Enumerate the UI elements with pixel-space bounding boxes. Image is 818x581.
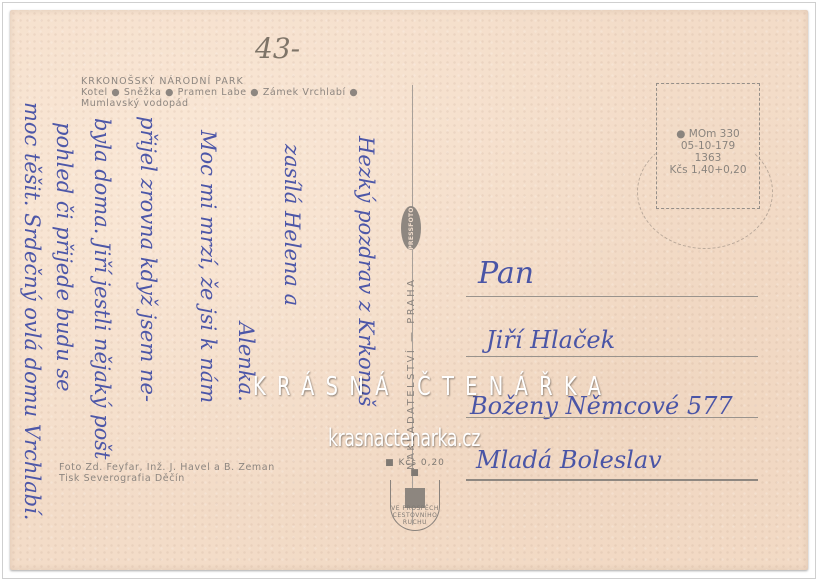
caption-places-continued: Mumlavský vodopád xyxy=(81,98,189,109)
watermark-url: krasnactenarka.cz xyxy=(328,424,480,452)
address-city: Mladá Boleslav xyxy=(476,446,662,474)
print-credits: Tisk Severografia Děčín xyxy=(59,473,185,484)
address-name: Jiří Hlaček xyxy=(486,326,615,354)
address-rule xyxy=(466,296,758,297)
message-line: moc těšit. Srdečný ovlá domu Vrchlabí. xyxy=(20,102,44,520)
message-line: zasílá Helena a xyxy=(280,144,304,306)
message-line: pohled či přijede budu se xyxy=(52,122,76,392)
caption-places: Kotel ● Sněžka ● Pramen Labe ● Zámek Vrc… xyxy=(81,87,358,98)
watermark-title: KRÁSNÁ ČTENÁŘKA xyxy=(253,372,612,402)
address-rule xyxy=(466,417,758,418)
postage-line: Kčs 1,40+0,20 xyxy=(657,164,759,176)
message-line: přijel zrovna když jsem ne- xyxy=(136,116,160,402)
shield-icon: VE PROSPĚCH CESTOVNÍHO RUCHU xyxy=(390,480,440,531)
message-line: byla doma. Jiří jestli nějaký pošt xyxy=(90,118,114,459)
address-rule xyxy=(466,356,758,357)
caption-title: KRKONOŠSKÝ NÁRODNÍ PARK xyxy=(81,76,244,87)
postage-line: 05-10-179 xyxy=(657,140,759,152)
logo-text: PRESSFOTO xyxy=(408,207,415,250)
reference-number: 43- xyxy=(255,32,300,65)
postcard-back: 43- KRKONOŠSKÝ NÁRODNÍ PARK Kotel ● Sněž… xyxy=(10,10,808,570)
postage-line: ● MOm 330 xyxy=(657,128,759,140)
address-rule xyxy=(466,479,758,481)
message-line: Hezký pozdrav z Krkonoš xyxy=(354,136,378,407)
postage-imprint: ● MOm 330 05-10-179 1363 Kčs 1,40+0,20 xyxy=(656,83,760,209)
postage-line: 1363 xyxy=(657,152,759,164)
charity-stamp-text: VE PROSPĚCH CESTOVNÍHO RUCHU xyxy=(391,505,439,526)
photo-credits: Foto Zd. Feyfar, Inž. J. Havel a B. Zema… xyxy=(59,462,275,473)
charity-stamp: ■ Kčs 0,20 ■ VE PROSPĚCH CESTOVNÍHO RUCH… xyxy=(382,458,448,530)
address-salutation: Pan xyxy=(478,256,534,291)
presfoto-logo-icon: PRESSFOTO xyxy=(401,206,421,250)
message-line: Moc mi mrzí, že jsi k nám xyxy=(196,130,220,403)
charity-stamp-value: ■ Kčs 0,20 ■ xyxy=(382,458,448,478)
